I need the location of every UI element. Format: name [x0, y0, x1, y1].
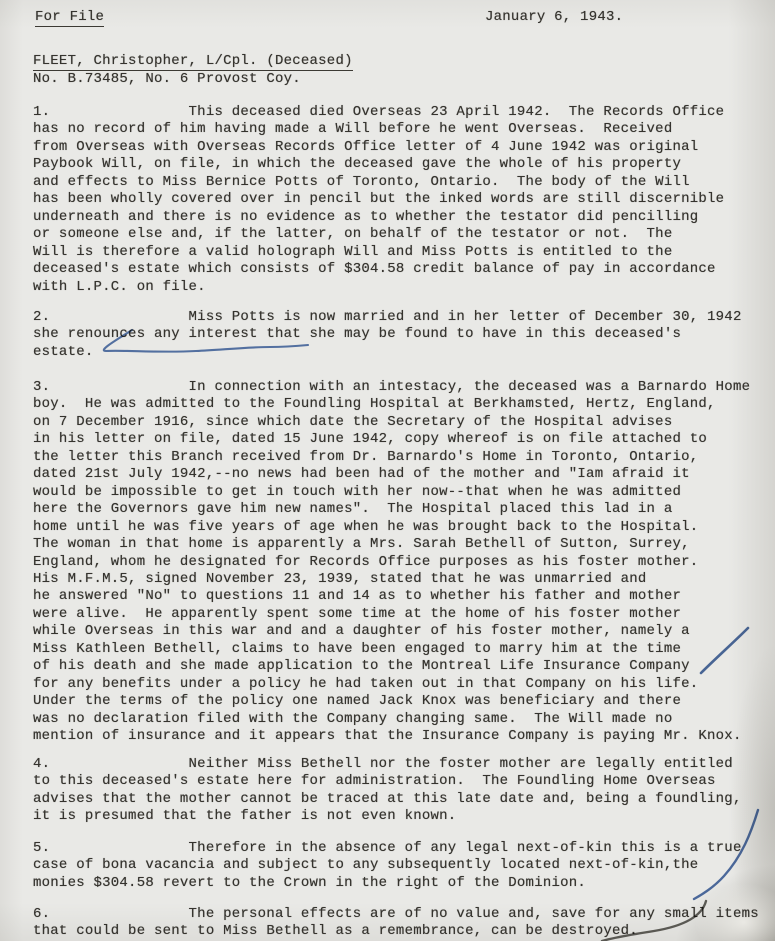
paragraph-6: 6. The personal effects are of no value …	[33, 906, 759, 941]
paragraph-5: 5. Therefore in the absence of any legal…	[33, 840, 742, 892]
date: January 6, 1943.	[485, 9, 623, 26]
paragraph-2: 2. Miss Potts is now married and in her …	[33, 309, 742, 361]
file-note: For File	[35, 9, 104, 27]
paragraph-3: 3. In connection with an intestacy, the …	[33, 379, 750, 746]
subject-name-line: FLEET, Christopher, L/Cpl. (Deceased)	[33, 53, 353, 71]
paragraph-1: 1. This deceased died Overseas 23 April …	[33, 104, 724, 296]
scanned-memo-page: For File January 6, 1943. FLEET, Christo…	[0, 0, 775, 941]
paragraph-4: 4. Neither Miss Bethell nor the foster m…	[33, 756, 742, 826]
subject-unit-line: No. B.73485, No. 6 Provost Coy.	[33, 71, 301, 88]
